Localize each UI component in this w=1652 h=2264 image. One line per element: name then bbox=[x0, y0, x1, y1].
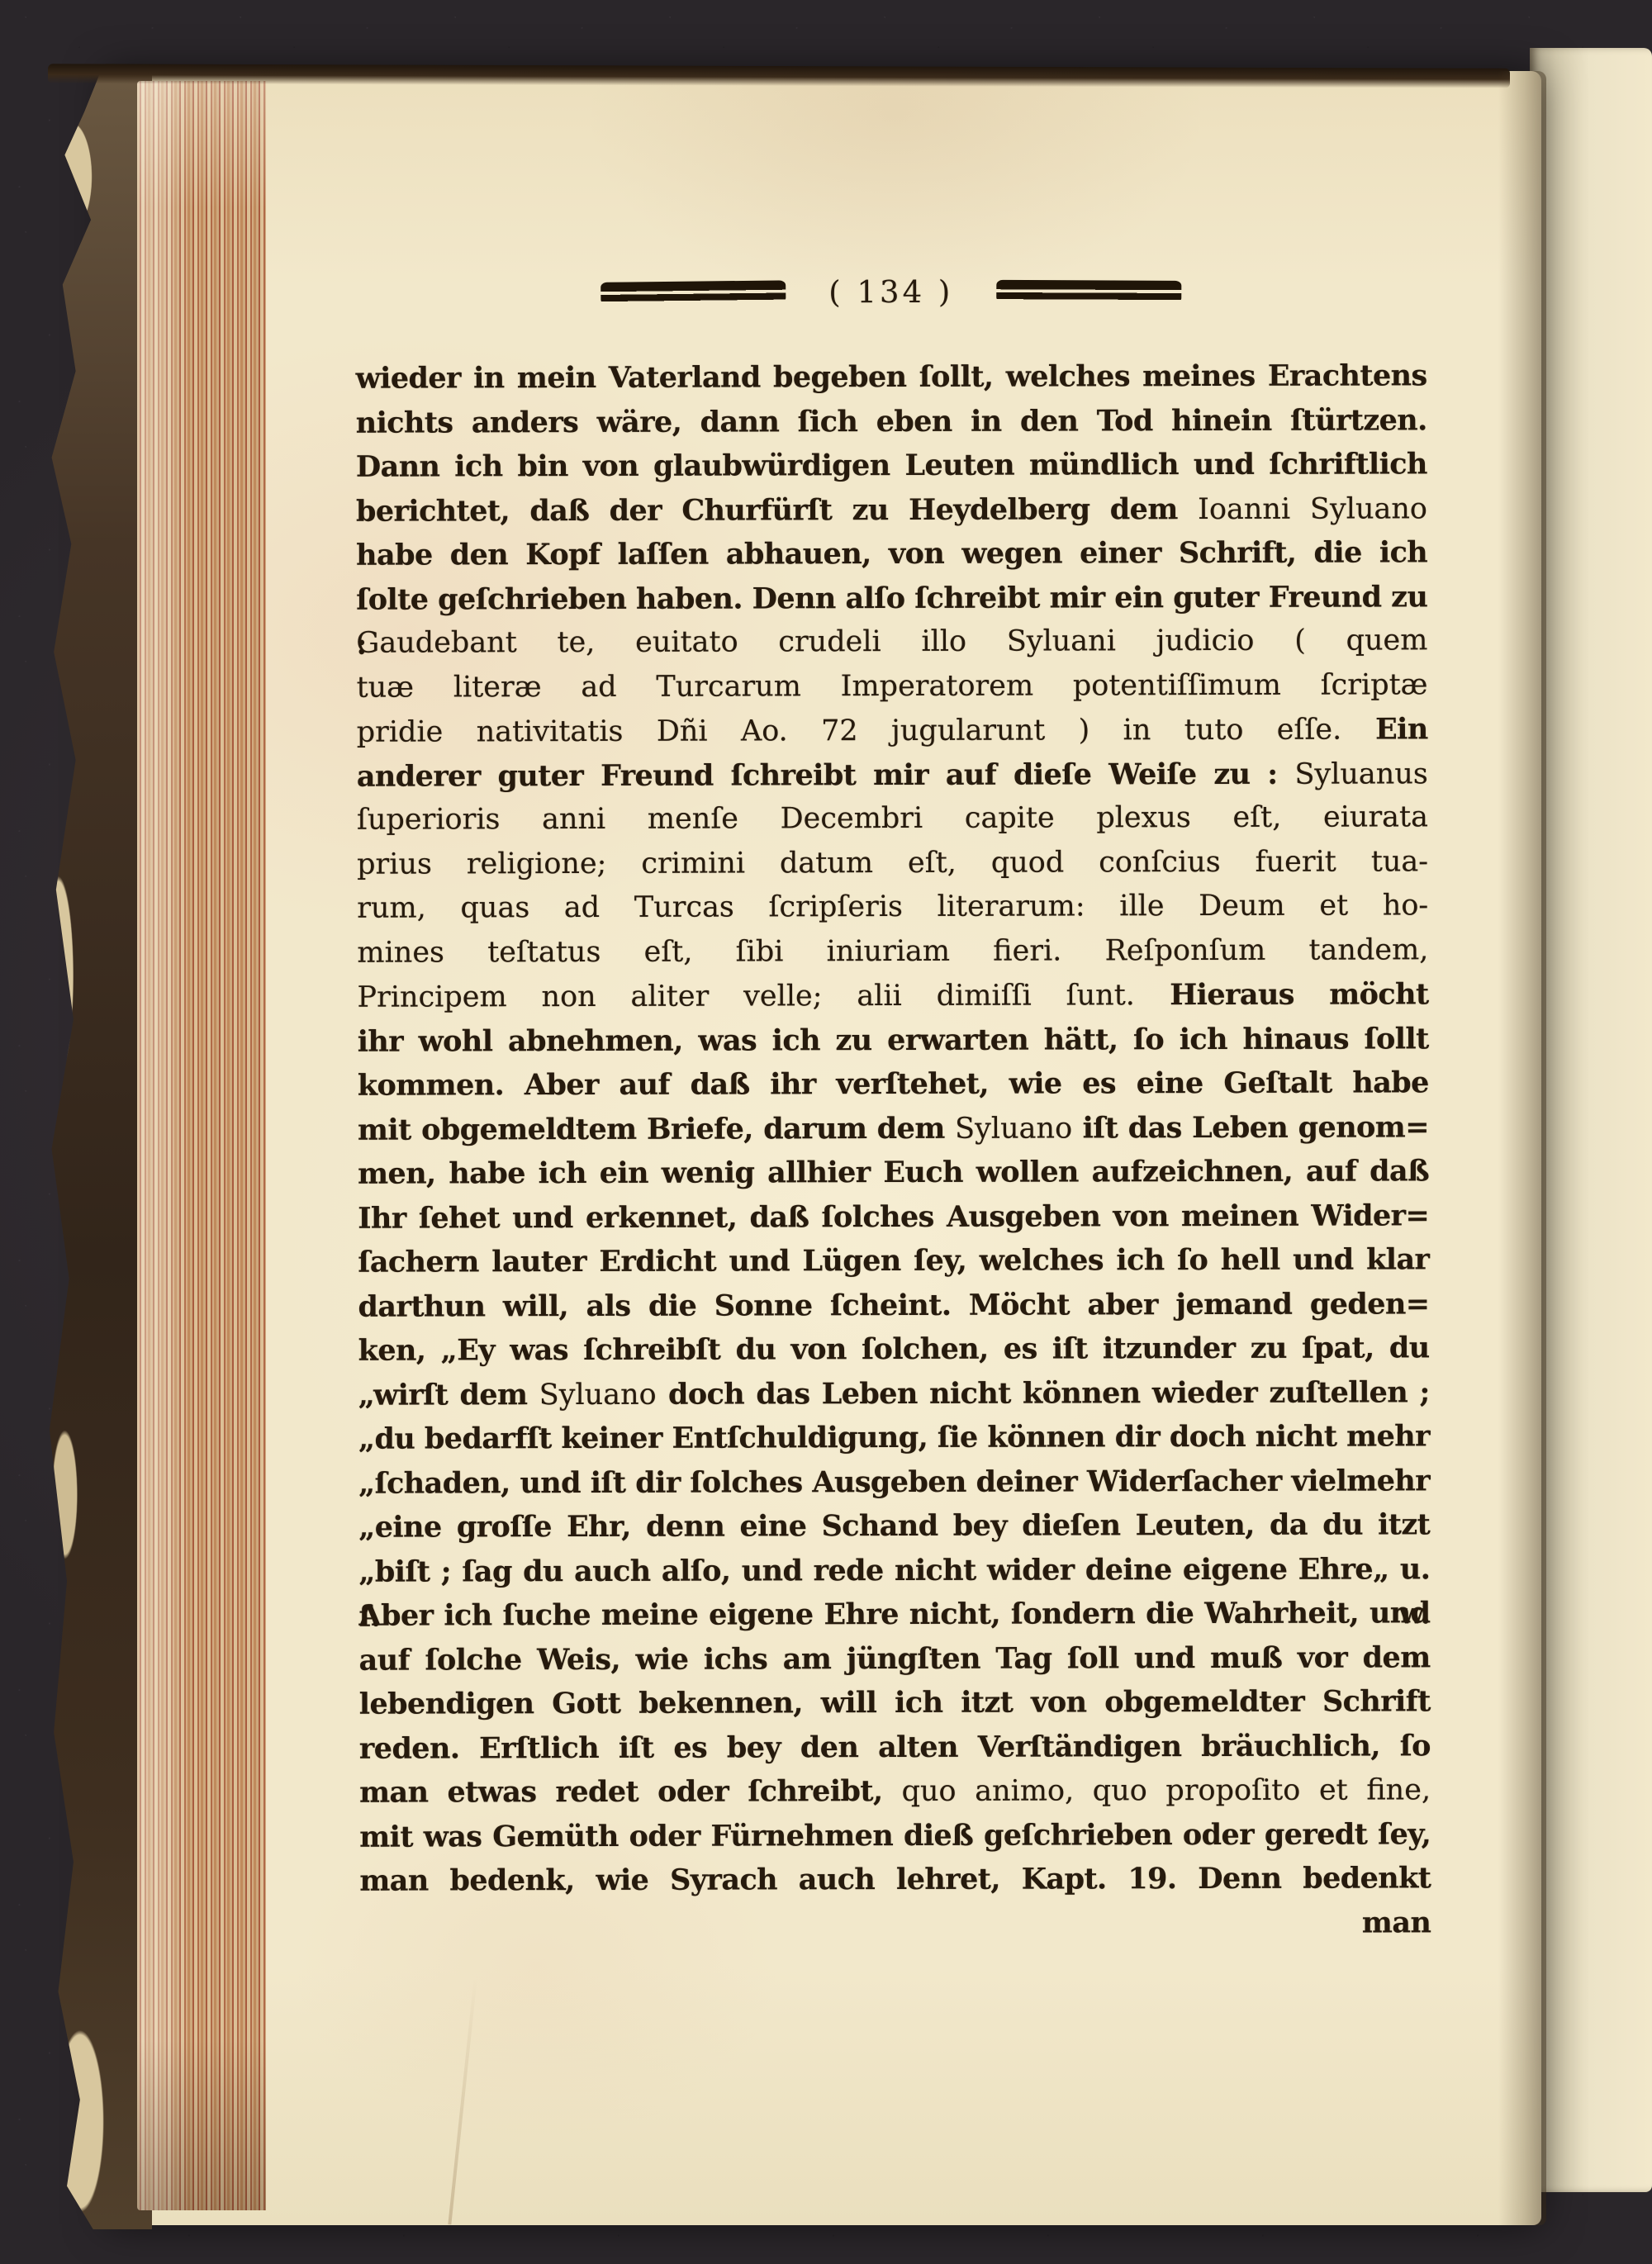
text-segment: ken, „Ey was ſchreibſt du von ſolchen, e… bbox=[358, 1331, 1430, 1367]
text-segment: berichtet, daß der Churfürſt zu Heydelbe… bbox=[356, 492, 1198, 529]
catchword: man bbox=[359, 1901, 1431, 1948]
page-gutter-shadow bbox=[1498, 71, 1546, 2225]
text-line: kommen. Aber auf daß ihr verſtehet, wie … bbox=[358, 1061, 1429, 1108]
text-segment: Ihr ſehet und erkennet, daß ſolches Ausg… bbox=[358, 1198, 1429, 1235]
text-line: „eine groſſe Ehr, denn eine Schand bey d… bbox=[358, 1502, 1430, 1550]
text-line: „ſchaden, und iſt dir ſolches Ausgeben d… bbox=[358, 1459, 1430, 1506]
text-line: Gaudebant te, euitato crudeli illo Sylua… bbox=[356, 619, 1427, 666]
text-segment: kommen. Aber auf daß ihr verſtehet, wie … bbox=[358, 1066, 1429, 1102]
adjacent-page-edge bbox=[1530, 48, 1652, 2192]
text-segment: „ſchaden, und iſt dir ſolches Ausgeben d… bbox=[358, 1464, 1430, 1500]
text-line: Dann ich bin von glaubwürdigen Leuten mü… bbox=[356, 442, 1427, 489]
text-segment: darthun will, als die Sonne ſcheint. Möc… bbox=[358, 1287, 1429, 1323]
text-segment: Syluano bbox=[955, 1112, 1072, 1145]
text-line: „wirſt dem Syluano doch das Leben nicht … bbox=[358, 1370, 1430, 1417]
text-line: tuæ literæ ad Turcarum Imperatorem poten… bbox=[356, 663, 1427, 710]
text-segment: lebendigen Gott bekennen, will ich itzt … bbox=[359, 1684, 1431, 1721]
text-line: wieder in mein Vaterland begeben ſollt, … bbox=[355, 354, 1427, 401]
text-segment: men, habe ich ein wenig allhier Euch wol… bbox=[358, 1154, 1429, 1190]
text-line: prius religione; crimini datum eſt, quod… bbox=[357, 840, 1428, 887]
page-header: ( 134 ) bbox=[355, 273, 1427, 310]
text-line: mines teſtatus eſt, ſibi iniuriam fieri.… bbox=[357, 928, 1428, 975]
page-fore-edges bbox=[137, 81, 266, 2210]
text-segment: ſachern lauter Erdicht und Lügen ſey, we… bbox=[358, 1242, 1429, 1279]
text-line: lebendigen Gott bekennen, will ich itzt … bbox=[359, 1679, 1431, 1726]
text-line: anderer guter Freund ſchreibt mir auf di… bbox=[357, 752, 1428, 799]
text-segment: man bedenk, wie Syrach auch lehret, Kapt… bbox=[359, 1861, 1431, 1897]
header-rule-right-icon bbox=[996, 279, 1181, 302]
text-line: rum, quas ad Turcas ſcripſeris literarum… bbox=[357, 884, 1428, 931]
text-segment: mit obgemeldtem Briefe, darum dem bbox=[358, 1111, 955, 1146]
text-segment: Ioanni Syluano bbox=[1198, 492, 1427, 526]
text-segment: ihr wohl abnehmen, was ich zu erwarten h… bbox=[358, 1022, 1429, 1058]
text-line: auf ſolche Weis, wie ichs am jüngſten Ta… bbox=[359, 1635, 1431, 1683]
text-segment: anderer guter Freund ſchreibt mir auf di… bbox=[357, 757, 1295, 793]
text-segment: habe den Kopf laſſen abhauen, von wegen … bbox=[356, 535, 1427, 572]
text-segment: Ein bbox=[1341, 712, 1428, 746]
text-segment: quo animo, quo propoſito et fine, bbox=[902, 1773, 1431, 1808]
text-line: reden. Erſtlich iſt es bey den alten Ver… bbox=[359, 1724, 1431, 1771]
book-page: ( 134 ) wieder in mein Vaterland begeben… bbox=[106, 71, 1541, 2225]
text-segment: tuæ literæ ad Turcarum Imperatorem poten… bbox=[356, 668, 1427, 704]
text-line: man etwas redet oder ſchreibt, quo animo… bbox=[359, 1768, 1431, 1815]
text-line: men, habe ich ein wenig allhier Euch wol… bbox=[358, 1149, 1429, 1196]
text-segment: man etwas redet oder ſchreibt, bbox=[359, 1774, 902, 1810]
text-segment: prius religione; crimini datum eſt, quod… bbox=[357, 845, 1428, 880]
text-segment: „eine groſſe Ehr, denn eine Schand bey d… bbox=[358, 1507, 1430, 1544]
text-segment: reden. Erſtlich iſt es bey den alten Ver… bbox=[359, 1729, 1431, 1765]
text-line: Ihr ſehet und erkennet, daß ſolches Ausg… bbox=[358, 1194, 1429, 1241]
page-number: ( 134 ) bbox=[828, 273, 953, 309]
text-line: habe den Kopf laſſen abhauen, von wegen … bbox=[356, 530, 1427, 577]
text-segment: pridie nativitatis Dñi Ao. 72 jugularunt… bbox=[357, 714, 1342, 749]
text-line: ſolte geſchrieben haben. Denn alſo ſchre… bbox=[356, 575, 1427, 622]
text-segment: doch das Leben nicht können wieder zuſte… bbox=[657, 1375, 1430, 1411]
text-line: berichtet, daß der Churfürſt zu Heydelbe… bbox=[356, 486, 1427, 534]
text-line: ihr wohl abnehmen, was ich zu erwarten h… bbox=[358, 1017, 1429, 1064]
text-line: pridie nativitatis Dñi Ao. 72 jugularunt… bbox=[357, 707, 1428, 754]
text-segment: mines teſtatus eſt, ſibi iniuriam fieri.… bbox=[357, 933, 1428, 969]
scan-background: { "document": { "kind": "scanned antique… bbox=[0, 0, 1652, 2264]
text-line: mit obgemeldtem Briefe, darum dem Syluan… bbox=[358, 1105, 1429, 1152]
text-segment: Syluano bbox=[539, 1378, 657, 1411]
text-segment: Aber ich ſuche meine eigene Ehre nicht, … bbox=[358, 1596, 1430, 1632]
text-line: mit was Gemüth oder Fürnehmen dieß geſch… bbox=[359, 1812, 1431, 1859]
spine-remnant bbox=[43, 69, 152, 2229]
text-line: darthun will, als die Sonne ſcheint. Möc… bbox=[358, 1282, 1429, 1329]
text-segment: „du bedarfſt keiner Entſchuldigung, ſie … bbox=[358, 1419, 1430, 1455]
text-segment: Dann ich bin von glaubwürdigen Leuten mü… bbox=[356, 447, 1427, 483]
text-line: „biſt ; ſag du auch alſo, und rede nicht… bbox=[358, 1547, 1430, 1594]
text-segment: wieder in mein Vaterland begeben ſollt, … bbox=[356, 358, 1427, 395]
text-segment: rum, quas ad Turcas ſcripſeris literarum… bbox=[357, 889, 1428, 924]
text-segment: Principem non aliter velle; alii dimiſſi… bbox=[357, 979, 1134, 1013]
text-segment: Hieraus möcht bbox=[1135, 977, 1429, 1012]
text-segment: mit was Gemüth oder Fürnehmen dieß geſch… bbox=[359, 1817, 1431, 1853]
text-line: ſachern lauter Erdicht und Lügen ſey, we… bbox=[358, 1237, 1429, 1284]
text-segment: iſt das Leben genom= bbox=[1072, 1110, 1429, 1145]
text-line: Aber ich ſuche meine eigene Ehre nicht, … bbox=[358, 1591, 1430, 1638]
printed-content: ( 134 ) wieder in mein Vaterland begeben… bbox=[355, 69, 1432, 2226]
text-segment: ſuperioris anni menſe Decembri capite pl… bbox=[357, 800, 1428, 836]
text-segment: Gaudebant te, euitato crudeli illo Sylua… bbox=[356, 624, 1427, 659]
text-segment: „wirſt dem bbox=[358, 1378, 539, 1412]
text-segment: Syluanus bbox=[1294, 757, 1428, 790]
body-text: wieder in mein Vaterland begeben ſollt, … bbox=[355, 354, 1431, 1903]
text-segment: nichts anders wäre, dann ſich eben in de… bbox=[356, 403, 1427, 439]
text-line: man bedenk, wie Syrach auch lehret, Kapt… bbox=[359, 1856, 1431, 1903]
text-line: „du bedarfſt keiner Entſchuldigung, ſie … bbox=[358, 1414, 1430, 1461]
header-rule-left-icon bbox=[601, 280, 786, 305]
text-line: Principem non aliter velle; alii dimiſſi… bbox=[357, 972, 1428, 1019]
text-line: ſuperioris anni menſe Decembri capite pl… bbox=[357, 795, 1428, 842]
text-line: nichts anders wäre, dann ſich eben in de… bbox=[356, 398, 1427, 445]
text-segment: auf ſolche Weis, wie ichs am jüngſten Ta… bbox=[359, 1640, 1431, 1677]
text-line: ken, „Ey was ſchreibſt du von ſolchen, e… bbox=[358, 1326, 1430, 1373]
